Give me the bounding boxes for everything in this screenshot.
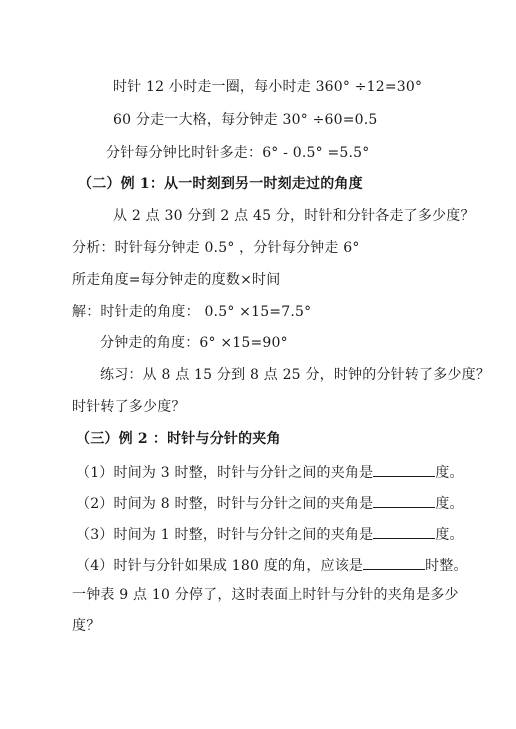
exercise-text: 练习：从 8 点 15 分到 8 点 25 分，时钟的分针转了多少度？ bbox=[100, 366, 490, 384]
section-heading-example-2: （三）例 2 ：时针与分针的夹角 bbox=[76, 430, 281, 448]
final-question-line-1: 一钟表 9 点 10 分停了，这时表面上时针与分针的夹角是多少 bbox=[72, 586, 459, 604]
answer-blank[interactable] bbox=[373, 524, 435, 539]
answer-blank[interactable] bbox=[363, 555, 425, 570]
final-question-line-2: 度？ bbox=[72, 617, 100, 635]
fill-in-question-2: （2）时间为 8 时整，时针与分针之间的夹角是度。 bbox=[76, 493, 464, 513]
fill-in-question-1: （1）时间为 3 时整，时针与分针之间的夹角是度。 bbox=[76, 462, 464, 482]
solution-text: 分钟走的角度：6° ×15=90° bbox=[100, 334, 288, 352]
fill-in-question-3: （3）时间为 1 时整，时针与分针之间的夹角是度。 bbox=[76, 524, 464, 544]
section-heading-example-1: （二）例 1：从一时刻到另一时刻走过的角度 bbox=[78, 175, 363, 193]
analysis-text: 分析：时针每分钟走 0.5° ，分针每分钟走 6° bbox=[72, 239, 360, 257]
solution-text: 解：时针走的角度： 0.5° ×15=7.5° bbox=[72, 303, 311, 321]
text-line: 分针每分钟比时针多走：6° - 0.5° =5.5° bbox=[106, 144, 369, 162]
text-line: 60 分走一大格，每分钟走 30° ÷60=0.5 bbox=[113, 111, 378, 129]
formula-text: 所走角度=每分钟走的度数×时间 bbox=[72, 271, 280, 289]
exercise-text: 时针转了多少度？ bbox=[72, 398, 186, 416]
fill-in-question-4: （4）时针与分针如果成 180 度的角，应该是时整。 bbox=[76, 555, 468, 575]
answer-blank[interactable] bbox=[373, 493, 435, 508]
question-text: 从 2 点 30 分到 2 点 45 分，时针和分针各走了多少度？ bbox=[113, 207, 475, 225]
text-line: 时针 12 小时走一圈，每小时走 360° ÷12=30° bbox=[113, 78, 422, 96]
answer-blank[interactable] bbox=[373, 462, 435, 477]
